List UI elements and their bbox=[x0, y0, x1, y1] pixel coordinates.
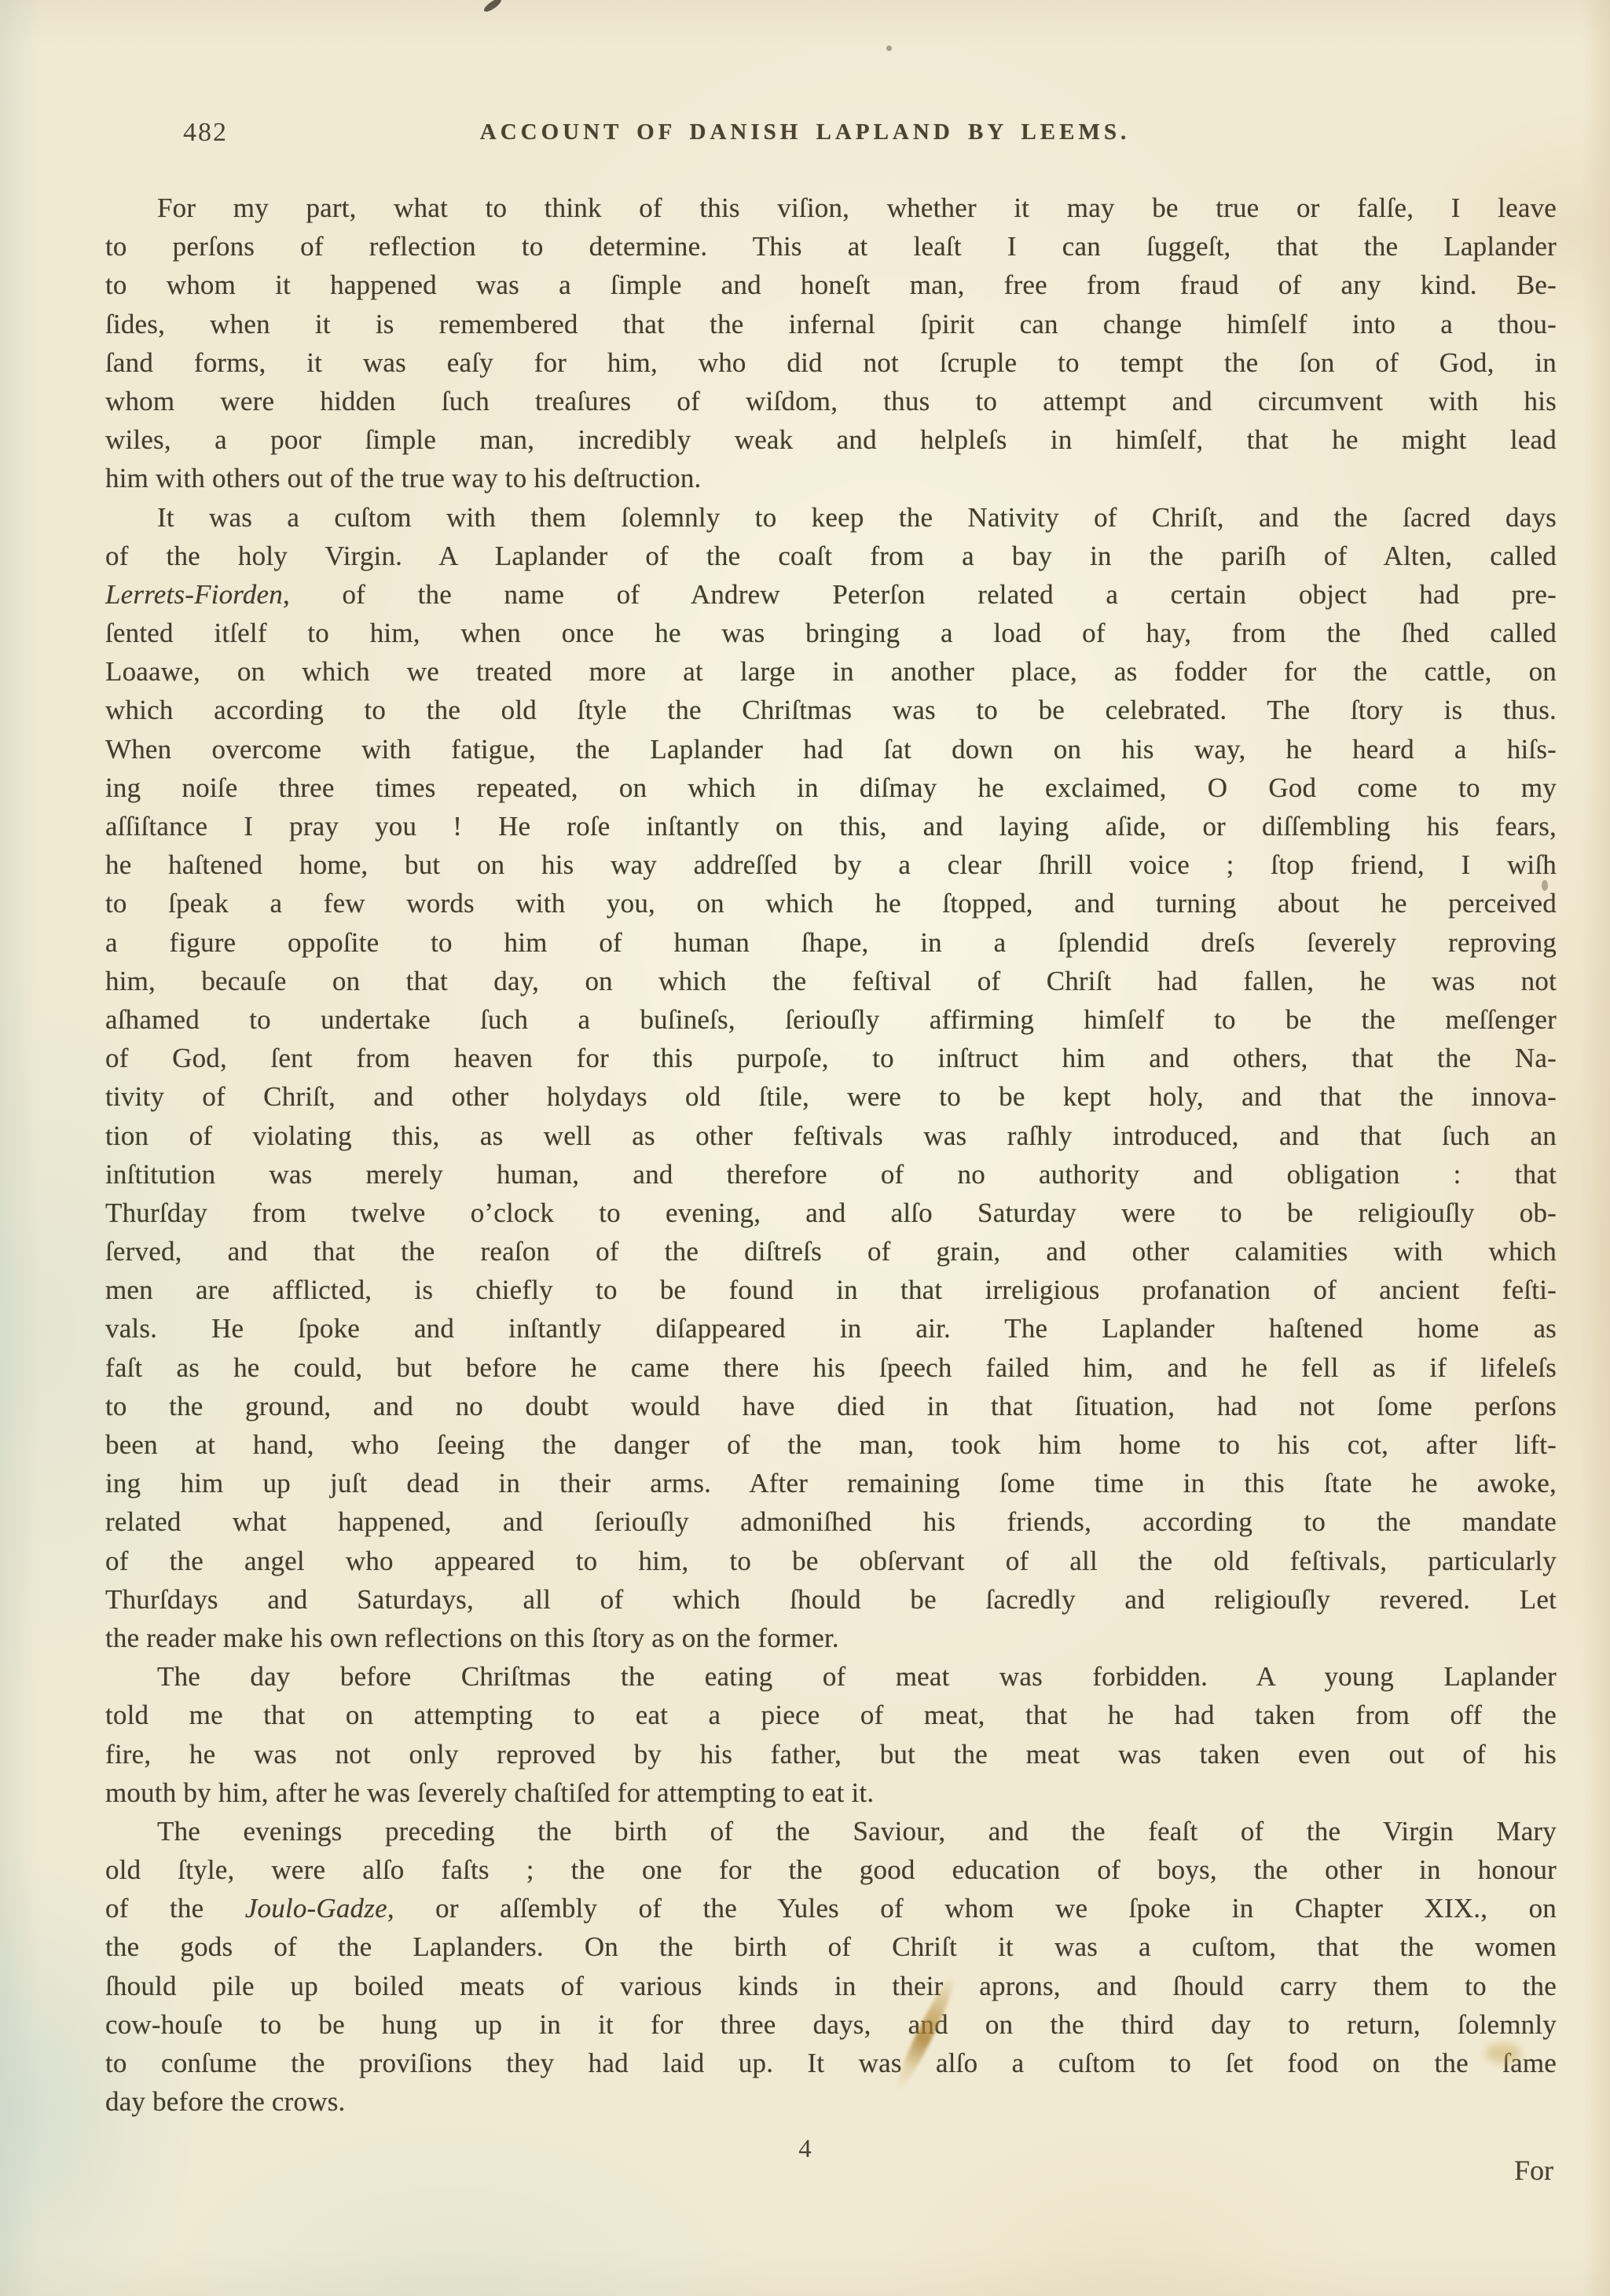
book-page: 482 ACCOUNT OF DANISH LAPLAND BY LEEMS. … bbox=[0, 0, 1610, 2296]
text-line: faſt as he could, but before he came the… bbox=[105, 1348, 1557, 1387]
text-line: The evenings preceding the birth of the … bbox=[105, 1812, 1557, 1850]
text-run: of the bbox=[105, 1893, 245, 1924]
running-title: ACCOUNT OF DANISH LAPLAND BY LEEMS. bbox=[0, 119, 1610, 145]
text-line: It was a cuſtom with them ſolemnly to ke… bbox=[105, 498, 1557, 537]
paper-speck bbox=[886, 46, 892, 51]
text-line: For my part, what to think of this viſio… bbox=[105, 189, 1557, 227]
text-line: ing noiſe three times repeated, on which… bbox=[105, 768, 1557, 807]
text-line: Lerrets-Fiorden, of the name of Andrew P… bbox=[105, 575, 1557, 614]
text-line: been at hand, who ſeeing the danger of t… bbox=[105, 1425, 1557, 1464]
text-line: fire, he was not only reproved by his fa… bbox=[105, 1735, 1557, 1773]
text-line: wiles, a poor ſimple man, incredibly wea… bbox=[105, 420, 1557, 459]
italic-text-run: Joulo-Gadze bbox=[245, 1893, 387, 1924]
text-line: to perſons of reflection to determine. T… bbox=[105, 227, 1557, 266]
text-line: to conſume the proviſions they had laid … bbox=[105, 2044, 1557, 2082]
text-line: related what happened, and ſeriouſly adm… bbox=[105, 1502, 1557, 1541]
text-line: cow-houſe to be hung up in it for three … bbox=[105, 2005, 1557, 2044]
catchword: For bbox=[1514, 2154, 1553, 2187]
text-line: The day before Chriſtmas the eating of m… bbox=[105, 1657, 1557, 1696]
text-line: tivity of Chriſt, and other holydays old… bbox=[105, 1077, 1557, 1116]
text-line: When overcome with fatigue, the Laplande… bbox=[105, 730, 1557, 768]
text-line: ſides, when it is remembered that the in… bbox=[105, 305, 1557, 343]
text-line: of the holy Virgin. A Laplander of the c… bbox=[105, 537, 1557, 575]
text-line: men are afflicted, is chiefly to be foun… bbox=[105, 1271, 1557, 1309]
text-line: of the Joulo-Gadze, or aſſembly of the Y… bbox=[105, 1889, 1557, 1927]
text-line: Loaawe, on which we treated more at larg… bbox=[105, 652, 1557, 691]
paragraph: The evenings preceding the birth of the … bbox=[105, 1812, 1557, 2122]
text-run: , of the name of Andrew Peterſon related… bbox=[283, 579, 1557, 610]
text-line: told me that on attempting to eat a piec… bbox=[105, 1696, 1557, 1734]
page-footer: 4 For bbox=[0, 2121, 1610, 2215]
paper-stain bbox=[1485, 2043, 1521, 2063]
text-line: vals. He ſpoke and inſtantly diſappeared… bbox=[105, 1309, 1557, 1348]
text-line: Thurſday from twelve o’clock to evening,… bbox=[105, 1194, 1557, 1232]
text-line: he haſtened home, but on his way addreſſ… bbox=[105, 845, 1557, 884]
text-line: ſand forms, it was eaſy for him, who did… bbox=[105, 343, 1557, 382]
text-line: ſhould pile up boiled meats of various k… bbox=[105, 1967, 1557, 2005]
text-line: old ſtyle, were alſo faſts ; the one for… bbox=[105, 1850, 1557, 1889]
text-block: For my part, what to think of this viſio… bbox=[105, 189, 1557, 2121]
text-line: ſented itſelf to him, when once he was b… bbox=[105, 614, 1557, 652]
text-line: the reader make his own reflections on t… bbox=[105, 1619, 1557, 1657]
paragraph: The day before Chriſtmas the eating of m… bbox=[105, 1657, 1557, 1812]
text-line: him, becauſe on that day, on which the f… bbox=[105, 962, 1557, 1000]
text-line: to the ground, and no doubt would have d… bbox=[105, 1387, 1557, 1425]
text-line: aſhamed to undertake ſuch a buſineſs, ſe… bbox=[105, 1000, 1557, 1039]
text-line: inſtitution was merely human, and theref… bbox=[105, 1155, 1557, 1194]
paragraph: For my part, what to think of this viſio… bbox=[105, 189, 1557, 498]
paragraph: It was a cuſtom with them ſolemnly to ke… bbox=[105, 498, 1557, 1658]
text-line: mouth by him, after he was ſeverely chaſ… bbox=[105, 1773, 1557, 1812]
text-line: tion of violating this, as well as other… bbox=[105, 1117, 1557, 1155]
text-line: whom were hidden ſuch treaſures of wiſdo… bbox=[105, 382, 1557, 420]
italic-text-run: Lerrets-Fiorden bbox=[105, 579, 283, 610]
text-line: which according to the old ſtyle the Chr… bbox=[105, 691, 1557, 729]
text-line: to ſpeak a few words with you, on which … bbox=[105, 884, 1557, 922]
text-line: the gods of the Laplanders. On the birth… bbox=[105, 1927, 1557, 1966]
text-line: of the angel who appeared to him, to be … bbox=[105, 1542, 1557, 1580]
text-line: of God, ſent from heaven for this purpoſ… bbox=[105, 1039, 1557, 1077]
text-run: , or aſſembly of the Yules of whom we ſp… bbox=[387, 1893, 1557, 1924]
paper-speck bbox=[482, 0, 503, 14]
paper-speck bbox=[1542, 880, 1548, 891]
page-header: 482 ACCOUNT OF DANISH LAPLAND BY LEEMS. bbox=[0, 118, 1610, 154]
text-line: him with others out of the true way to h… bbox=[105, 459, 1557, 497]
text-line: Thurſdays and Saturdays, all of which ſh… bbox=[105, 1580, 1557, 1619]
signature-mark: 4 bbox=[0, 2135, 1610, 2164]
text-line: aſſiſtance I pray you ! He roſe inſtantl… bbox=[105, 807, 1557, 845]
text-line: ſerved, and that the reaſon of the diſtr… bbox=[105, 1232, 1557, 1271]
text-line: to whom it happened was a ſimple and hon… bbox=[105, 266, 1557, 304]
text-line: a figure oppoſite to him of human ſhape,… bbox=[105, 923, 1557, 962]
text-line: day before the crows. bbox=[105, 2082, 1557, 2121]
text-line: ing him up juſt dead in their arms. Afte… bbox=[105, 1464, 1557, 1502]
